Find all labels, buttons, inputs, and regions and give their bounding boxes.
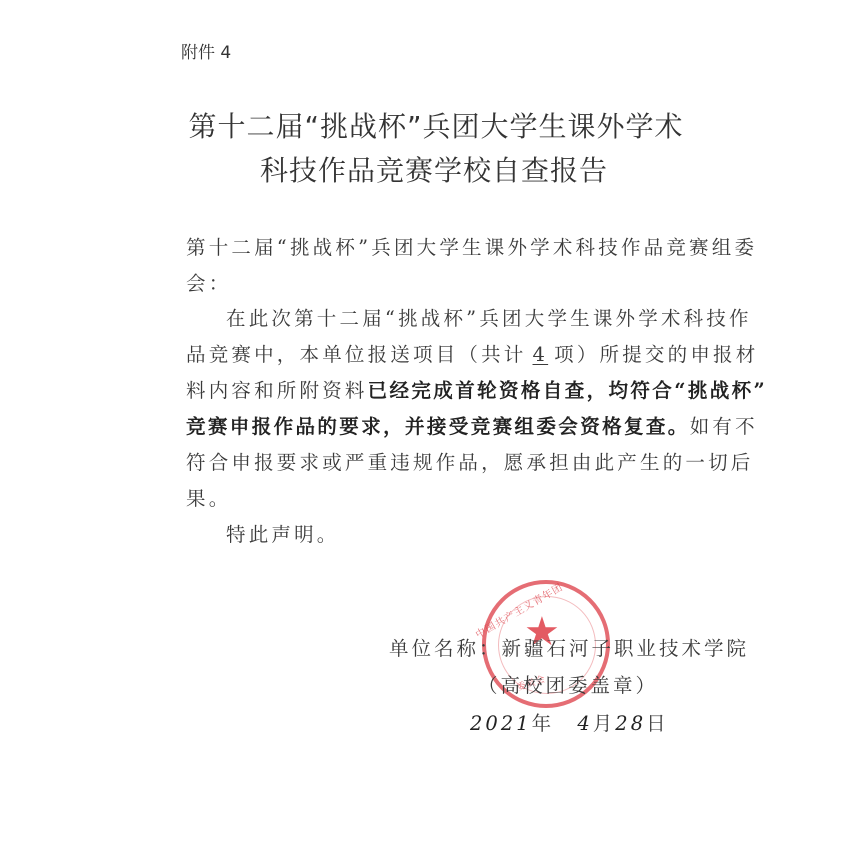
- body-p1-line2-b: 项）所提交的申报材: [554, 343, 758, 366]
- date-day-unit: 日: [646, 712, 669, 735]
- stamp-note: （高校团委盖章）: [478, 670, 658, 698]
- date-day: 28: [615, 712, 646, 735]
- body-p1-line2-a: 品竞赛中，本单位报送项目（共计: [186, 343, 527, 366]
- body-p1-line3-a: 料内容和所附资料: [186, 379, 368, 402]
- unit-name: 新疆石河子职业技术学院: [502, 637, 750, 660]
- date-month-unit: 月: [593, 712, 616, 735]
- unit-name-row: 单位名称：新疆石河子职业技术学院: [389, 633, 749, 661]
- body-p1-line2: 品竞赛中，本单位报送项目（共计4项）所提交的申报材: [186, 339, 758, 367]
- project-count: 4: [527, 343, 555, 366]
- body-p1-line4-b: 如有不: [690, 415, 758, 438]
- salutation-line1: 第十二届“挑战杯”兵团大学生课外学术科技作品竞赛组委: [186, 232, 757, 260]
- body-p1-line1: 在此次第十二届“挑战杯”兵团大学生课外学术科技作: [226, 303, 752, 331]
- body-p1-line5: 符合申报要求或严重违规作品，愿承担由此产生的一切后: [186, 447, 754, 475]
- body-p1-line3: 料内容和所附资料已经完成首轮资格自查，均符合“挑战杯”: [186, 375, 767, 403]
- unit-label: 单位名称：: [389, 637, 502, 660]
- document-title-line1: 第十二届“挑战杯”兵团大学生课外学术: [10, 105, 852, 145]
- date-row: 2021年 4月28日: [470, 708, 669, 736]
- body-p2: 特此声明。: [226, 519, 340, 547]
- date-year: 2021: [470, 712, 532, 735]
- body-p1-line6: 果。: [186, 483, 231, 511]
- salutation-line2: 会：: [186, 268, 231, 296]
- date-year-unit: 年: [532, 712, 555, 735]
- body-p1-line4-bold: 竞赛申报作品的要求，并接受竞赛组委会资格复查。: [186, 415, 690, 438]
- document-page: 附件 4 第十二届“挑战杯”兵团大学生课外学术 科技作品竞赛学校自查报告 第十二…: [0, 0, 852, 845]
- attachment-label: 附件 4: [181, 38, 231, 63]
- body-p1-line3-bold: 已经完成首轮资格自查，均符合“挑战杯”: [368, 379, 768, 402]
- document-title-line2: 科技作品竞赛学校自查报告: [8, 149, 852, 189]
- body-p1-line4: 竞赛申报作品的要求，并接受竞赛组委会资格复查。如有不: [186, 411, 758, 439]
- date-month: 4: [577, 712, 592, 735]
